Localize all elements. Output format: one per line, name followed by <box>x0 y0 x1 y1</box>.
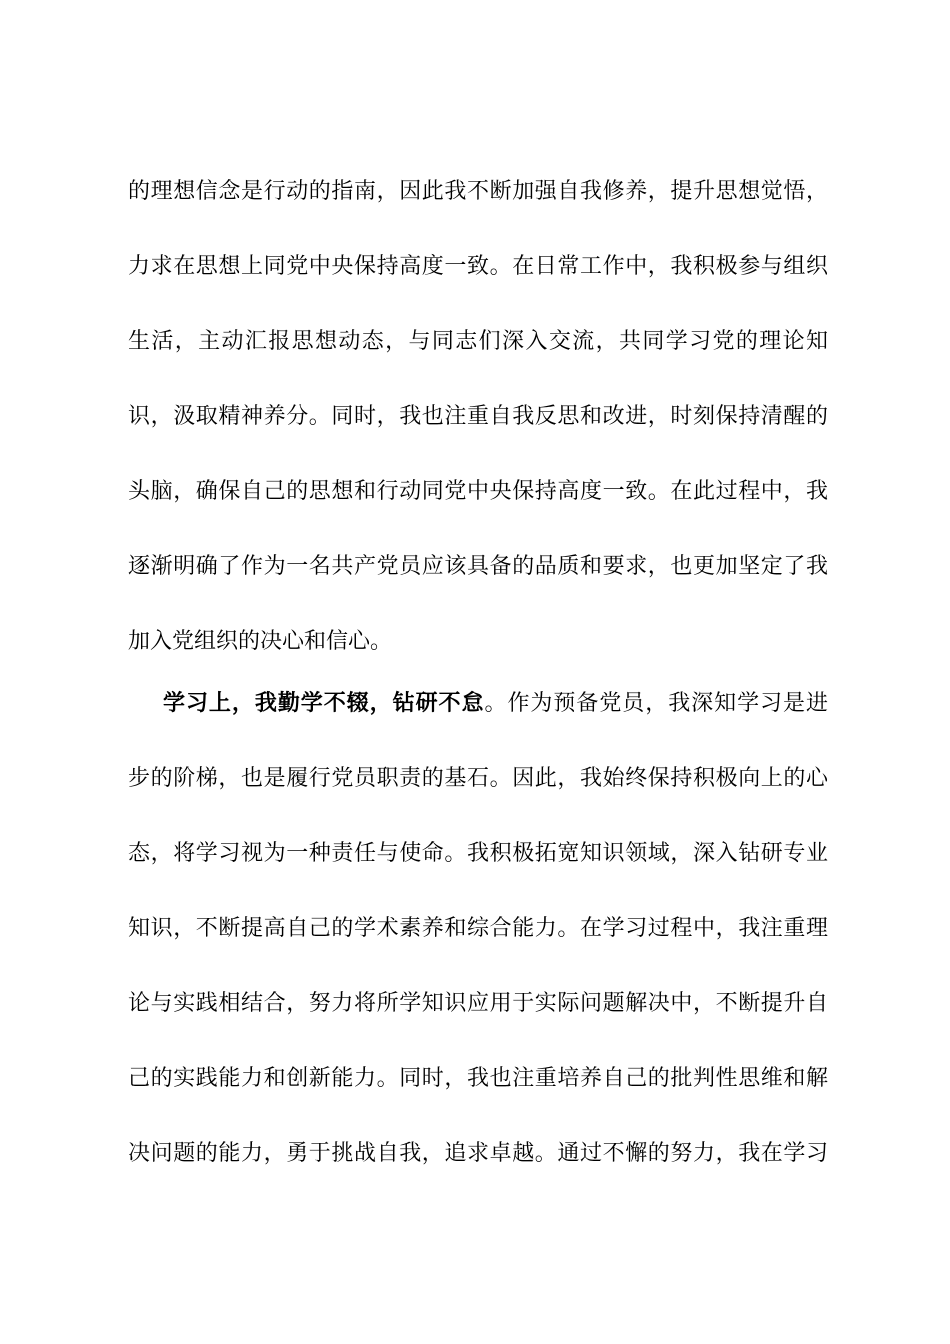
text-line: 的理想信念是行动的指南，因此我不断加强自我修养，提升思想觉悟， <box>128 153 828 228</box>
text-line: 态，将学习视为一种责任与使命。我积极拓宽知识领域，深入钻研专业 <box>128 815 828 890</box>
text-line: 力求在思想上同党中央保持高度一致。在日常工作中，我积极参与组织 <box>128 228 828 303</box>
text-block: 的理想信念是行动的指南，因此我不断加强自我修养，提升思想觉悟， 力求在思想上同党… <box>128 153 828 1190</box>
text-line: 论与实践相结合，努力将所学知识应用于实际问题解决中，不断提升自 <box>128 965 828 1040</box>
document-page: 的理想信念是行动的指南，因此我不断加强自我修养，提升思想觉悟， 力求在思想上同党… <box>0 0 950 1344</box>
text-line: 步的阶梯，也是履行党员职责的基石。因此，我始终保持积极向上的心 <box>128 740 828 815</box>
paragraph-2: 学习上，我勤学不辍，钻研不怠。作为预备党员，我深知学习是进 步的阶梯，也是履行党… <box>128 665 828 1190</box>
text-line: 决问题的能力，勇于挑战自我，追求卓越。通过不懈的努力，我在学习 <box>128 1115 828 1190</box>
paragraph-1: 的理想信念是行动的指南，因此我不断加强自我修养，提升思想觉悟， 力求在思想上同党… <box>128 153 828 678</box>
text-line: 逐渐明确了作为一名共产党员应该具备的品质和要求，也更加坚定了我 <box>128 528 828 603</box>
text-line: 己的实践能力和创新能力。同时，我也注重培养自己的批判性思维和解 <box>128 1040 828 1115</box>
text-line: 知识，不断提高自己的学术素养和综合能力。在学习过程中，我注重理 <box>128 890 828 965</box>
paragraph-lead-line: 学习上，我勤学不辍，钻研不怠。作为预备党员，我深知学习是进 <box>128 665 828 740</box>
bold-lead-text: 学习上，我勤学不辍，钻研不怠 <box>163 690 485 715</box>
text-line: 生活，主动汇报思想动态，与同志们深入交流，共同学习党的理论知 <box>128 303 828 378</box>
text-line: 头脑，确保自己的思想和行动同党中央保持高度一致。在此过程中，我 <box>128 453 828 528</box>
text-line: 识，汲取精神养分。同时，我也注重自我反思和改进，时刻保持清醒的 <box>128 378 828 453</box>
lead-rest-text: 。作为预备党员，我深知学习是进 <box>485 690 829 715</box>
